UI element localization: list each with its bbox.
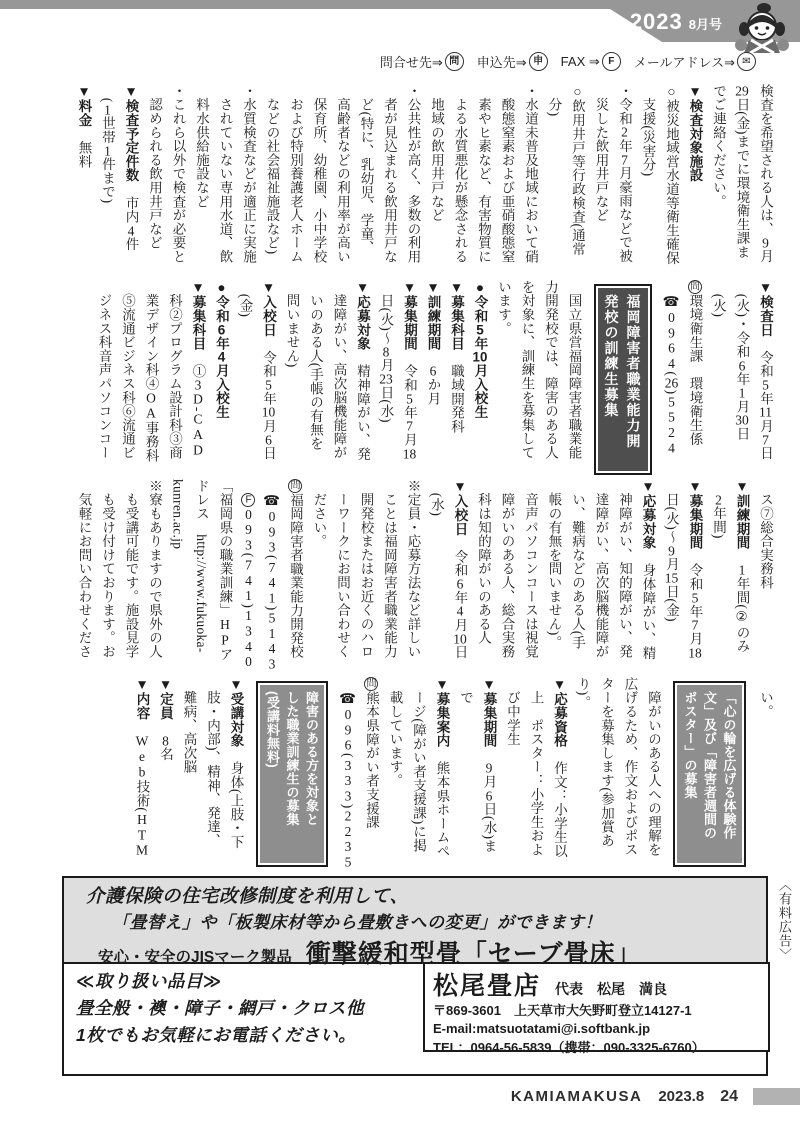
text-column: 音声パソコンコースは視覚 (519, 479, 543, 677)
ad-headline-line2: 「畳替え」や「板製床材等から畳敷きへの変更」ができます！ (86, 908, 752, 933)
phone-icon: ☎ (664, 294, 679, 310)
legend-item: メールアドレス⇒✉ (634, 52, 756, 71)
shop-email: E-mail:matsuotatami@i.softbank.jp (433, 1020, 760, 1038)
text-column: 酸態窒素および亜硝酸態窒 (495, 84, 519, 280)
text-column: kunren.ac.jp (166, 479, 190, 677)
text-column: 2年間) (707, 479, 731, 677)
section-header: 「心の輪を広げる体験作文」及び「障害者週間のポスター」の募集 (673, 681, 746, 867)
text-column: ▼募集期間 令和5年7月18 (398, 280, 422, 479)
text-column: 広げるため、作文およびポス (618, 677, 642, 871)
issue-year: 2023 (630, 9, 683, 35)
phone-icon: ☎ (265, 493, 280, 509)
ad-items-list: ≪取り扱い品目≫ 畳全般・襖・障子・網戸・クロス他 1枚でもお気軽にお電話くださ… (76, 968, 364, 1049)
text-column: 神障がい、知的障がい、発 (613, 479, 637, 677)
text-column: 障がいのある人、総合実務 (495, 479, 519, 677)
text-column: 問福岡障害者職業能力開発校 (284, 479, 308, 677)
shop-representative: 代表 松尾 満良 (555, 979, 667, 999)
footer-brand: KAMIAMAKUSA (511, 1088, 643, 1105)
legend-label: 申込先⇒ (477, 52, 527, 71)
section-header-line: 「心の輪を広げる体験作 (719, 691, 739, 857)
text-column: び中学生 (501, 677, 525, 871)
section-header-line: ポスター」の募集 (680, 691, 700, 857)
shop-info-box: 松尾畳店 代表 松尾 満良 〒869-3601 上天草市大矢野町登立14127-… (423, 962, 770, 1052)
text-column: 保育所、幼稚園、小中学校 (307, 84, 331, 280)
text-column: 障がいのある人への理解を (642, 677, 666, 871)
text-column: も受け付けております。お (96, 479, 120, 677)
text-column: 科は知的障がいのある人 (472, 479, 496, 677)
text-column: 達障がい、高次脳機能障が (327, 280, 351, 479)
text-column: ・水道未普及地域において硝 (519, 84, 543, 280)
contact-legend: 問合せ先⇒問申込先⇒申FAX ⇒Fメールアドレス⇒✉ (380, 52, 756, 71)
section-header: 福岡障害者職業能力開発校の訓練生募集 (594, 284, 652, 475)
text-column: よる水質悪化が懸念される (448, 84, 472, 280)
text-column: ▼応募資格 作文：小学生以 (548, 677, 572, 871)
text-column: 問熊本県障がい者支援課 (360, 677, 384, 871)
ad-items-line1: 畳全般・襖・障子・網戸・クロス他 (76, 995, 364, 1022)
text-column: ターを募集します(参加賞あ (595, 677, 619, 871)
text-column: 素やヒ素など、有害物質に (472, 84, 496, 280)
text-column: 日(火)〜8月23日(水) (374, 280, 398, 479)
text-column: 検査を希望される人は、9月 (754, 84, 778, 280)
issue-label: 2023 8月号 (630, 9, 722, 35)
text-column: および特別養護老人ホーム (284, 84, 308, 280)
ad-items-line2: 1枚でもお気軽にお電話ください。 (76, 1022, 364, 1049)
text-column: ▼募集期間 令和5年7月18 (683, 479, 707, 677)
page-footer: KAMIAMAKUSA 2023.8 24 (511, 1088, 738, 1106)
text-column: ▼募集科目 職域開発科 (445, 280, 469, 479)
text-column: 認められる飲用井戸など (143, 84, 167, 280)
text-column: ださい。 (307, 479, 331, 677)
text-band-1: 検査を希望される人は、9月29日(金)までに環境衛生課までご連絡ください。▼検査… (64, 84, 777, 280)
text-column: 29日(金)までに環境衛生課ま (730, 84, 754, 280)
text-column: 帳の有無を問いません)。 (542, 479, 566, 677)
text-column: 分) (542, 84, 566, 280)
text-column: ▼料金 無料 (72, 84, 96, 280)
text-column: ▼入校日 令和5年10月6日 (257, 280, 281, 479)
text-column: ジネス科音声パソコンコー (92, 280, 116, 479)
text-column: ☎093(741)5143 (260, 479, 284, 677)
text-column: 支援(災害分) (636, 84, 660, 280)
text-column: ▼募集科目 ①3D-CAD (186, 280, 210, 479)
circled-問-icon: 問 (288, 479, 302, 493)
circled-申-icon: 申 (529, 52, 548, 71)
ad-detail-box: ≪取り扱い品目≫ 畳全般・襖・障子・網戸・クロス他 1枚でもお気軽にお電話くださ… (64, 964, 766, 1074)
text-column: 力開発校では、障害のある人 (539, 280, 563, 479)
text-column: も受講可能です。施設見学 (119, 479, 143, 677)
text-column: ージ(障がい者支援課)に掲 (407, 677, 431, 871)
text-band-2: ▼検査日 令和5年11月7日 (火)・令和6年1月30日 (火)問環境衛生課 環… (64, 280, 777, 479)
text-column: ☎0964(26)5524 (660, 280, 684, 479)
text-column: を対象に、訓練生を募集して (515, 280, 539, 479)
text-column: います。 (492, 280, 516, 479)
text-column: ど(特に、乳幼児、学童、 (354, 84, 378, 280)
text-column: ▼検査日 令和5年11月7日 (754, 280, 778, 479)
text-column: ▼検査対象施設 (683, 84, 707, 280)
circled-問-icon: 問 (364, 677, 378, 691)
section-header-line: した職業訓練生の募集 (282, 691, 302, 857)
text-column: でご連絡ください。 (707, 84, 731, 280)
legend-label: 問合せ先⇒ (380, 52, 443, 71)
phone-icon: ☎ (341, 691, 356, 707)
text-column: ドレス http://www.fukuoka- (190, 479, 214, 677)
text-band-4: い。「心の輪を広げる体験作文」及び「障害者週間のポスター」の募集 障がいのある人… (64, 677, 777, 871)
text-column: ●令和5年10月入校生 (468, 280, 492, 479)
text-column: ▼検査予定件数 市内4件 (119, 84, 143, 280)
text-column: 料水供給施設など (190, 84, 214, 280)
section-header-line: 障害のある方を対象と (302, 691, 322, 857)
text-column: 問いません) (280, 280, 304, 479)
text-column: 気軽にお問い合わせくださ (72, 479, 96, 677)
legend-item: 申込先⇒申 (477, 52, 548, 71)
ad-items-title: ≪取り扱い品目≫ (76, 968, 364, 995)
text-column: 「福岡県の職業訓練」HPア (213, 479, 237, 677)
text-column: ▼定員 8名 (154, 677, 178, 871)
shop-name: 松尾畳店 (433, 966, 541, 1002)
text-column: ▼応募対象 身体障がい、精 (636, 479, 660, 677)
text-column: などの社会福祉施設など) (260, 84, 284, 280)
text-column: ▼募集案内 熊本県ホームペ (430, 677, 454, 871)
text-column: 国立県営福岡障害者職業能 (562, 280, 586, 479)
text-column: ーワークにお問い合わせく (331, 479, 355, 677)
text-column: ▼内容 Web技術(HTM (130, 677, 154, 871)
text-column: ⑤流通ビジネス科⑥流通ビ (116, 280, 140, 479)
circled-問-icon: 問 (688, 280, 702, 294)
advertisement: 介護保険の住宅改修制度を利用して、 「畳替え」や「板製床材等から畳敷きへの変更」… (62, 876, 768, 1076)
text-column: F093(741)1340 (237, 479, 261, 677)
text-column: い。 (754, 677, 778, 871)
text-column: 地域の飲用井戸など (425, 84, 449, 280)
legend-item: FAX ⇒F (561, 52, 621, 71)
text-column: 日(火)〜9月15日(金) (660, 479, 684, 677)
text-band-3: ス⑦総合実務科▼訓練期間 1年間(②のみ 2年間)▼募集期間 令和5年7月18 … (64, 479, 777, 677)
text-column: (水) (425, 479, 449, 677)
text-column: (金) (233, 280, 257, 479)
footer-page-number: 24 (720, 1088, 738, 1106)
text-column: ●令和6年4月入校生 (210, 280, 234, 479)
text-column: ・令和2年7月豪雨などで被 (613, 84, 637, 280)
section-header-line: (受講料無料) (263, 691, 283, 857)
circled-F-icon: F (602, 52, 621, 71)
issue-month: 8月号 (689, 14, 722, 33)
shop-address: 〒869-3601 上天草市大矢野町登立14127-1 (433, 1002, 760, 1020)
text-column: ○飲用井戸等行政検査(通常 (566, 84, 590, 280)
text-column: 肢・内部)、精神、発達、 (201, 677, 225, 871)
text-column: ・これら以外で検査が必要と (166, 84, 190, 280)
footer-issue: 2023.8 (658, 1088, 704, 1105)
text-column: ス⑦総合実務科 (754, 479, 778, 677)
text-column: ▼訓練期間 1年間(②のみ (730, 479, 754, 677)
shop-phone: TEL：0964-56-5839（携帯：090-3325-6760） (433, 1039, 760, 1057)
text-column: 載しています。 (383, 677, 407, 871)
text-column: (火)・令和6年1月30日 (730, 280, 754, 479)
text-column: いのある人(手帳の有無を (304, 280, 328, 479)
ad-headline-box: 介護保険の住宅改修制度を利用して、 「畳替え」や「板製床材等から畳敷きへの変更」… (64, 878, 766, 964)
ad-headline-line1: 介護保険の住宅改修制度を利用して、 (86, 882, 752, 908)
text-column: 開発校またはお近くのハロ (354, 479, 378, 677)
paid-ad-note: 〈有料広告〉 (775, 878, 794, 962)
legend-item: 問合せ先⇒問 (380, 52, 464, 71)
text-column: り)。 (571, 677, 595, 871)
text-column: 者が見込まれる飲用井戸な (378, 84, 402, 280)
text-column: ○被災地域営水道等衛生確保 (660, 84, 684, 280)
text-column: ▼募集期間 9月6日(水)ま (477, 677, 501, 871)
text-column: ☎096(333)2235 (336, 677, 360, 871)
text-column: 高齢者などの利用率が高い (331, 84, 355, 280)
text-column: 難病、高次脳 (177, 677, 201, 871)
text-column: されていない専用水道、飲 (213, 84, 237, 280)
text-column: ・公共性が高く、多数の利用 (401, 84, 425, 280)
text-column: 科②プログラム設計科③商 (163, 280, 187, 479)
text-column: ▼受講対象 身体(上肢・下 (224, 677, 248, 871)
text-column: ※定員・応募方法など詳しい (401, 479, 425, 677)
text-column: (火) (707, 280, 731, 479)
article-body: 検査を希望される人は、9月29日(金)までに環境衛生課までご連絡ください。▼検査… (64, 84, 777, 871)
section-header-line: 文」及び「障害者週間の (700, 691, 720, 857)
text-column: ・水質検査などが適正に実施 (237, 84, 261, 280)
text-column: 問環境衛生課 環境衛生係 (683, 280, 707, 479)
text-column: で (454, 677, 478, 871)
text-column: ※寮もありますので県外の人 (143, 479, 167, 677)
text-column: 業デザイン科④OA事務科 (139, 280, 163, 479)
circled-F-icon: F (241, 493, 255, 507)
legend-label: FAX ⇒ (561, 54, 600, 70)
section-header-line: 発校の訓練生募集 (601, 294, 623, 465)
text-column: 災した飲用井戸など (589, 84, 613, 280)
text-column: ▼訓練期間 6か月 (421, 280, 445, 479)
circled-問-icon: 問 (445, 52, 464, 71)
section-header: 障害のある方を対象とした職業訓練生の募集(受講料無料) (256, 681, 329, 867)
footer-bar (753, 1088, 800, 1105)
section-header-line: 福岡障害者職業能力開 (623, 294, 645, 465)
text-column: ▼応募対象 精神障がい、発 (351, 280, 375, 479)
text-column: ▼入校日 令和6年4月10日 (448, 479, 472, 677)
text-column: 達障がい、高次脳機能障が (589, 479, 613, 677)
text-column: い、難病などのある人(手 (566, 479, 590, 677)
legend-label: メールアドレス⇒ (634, 52, 735, 71)
text-column: ことは福岡障害者職業能力 (378, 479, 402, 677)
text-column: 上 ポスター：小学生およ (524, 677, 548, 871)
mail-icon: ✉ (737, 52, 756, 71)
text-column: (1世帯1件まで) (96, 84, 120, 280)
